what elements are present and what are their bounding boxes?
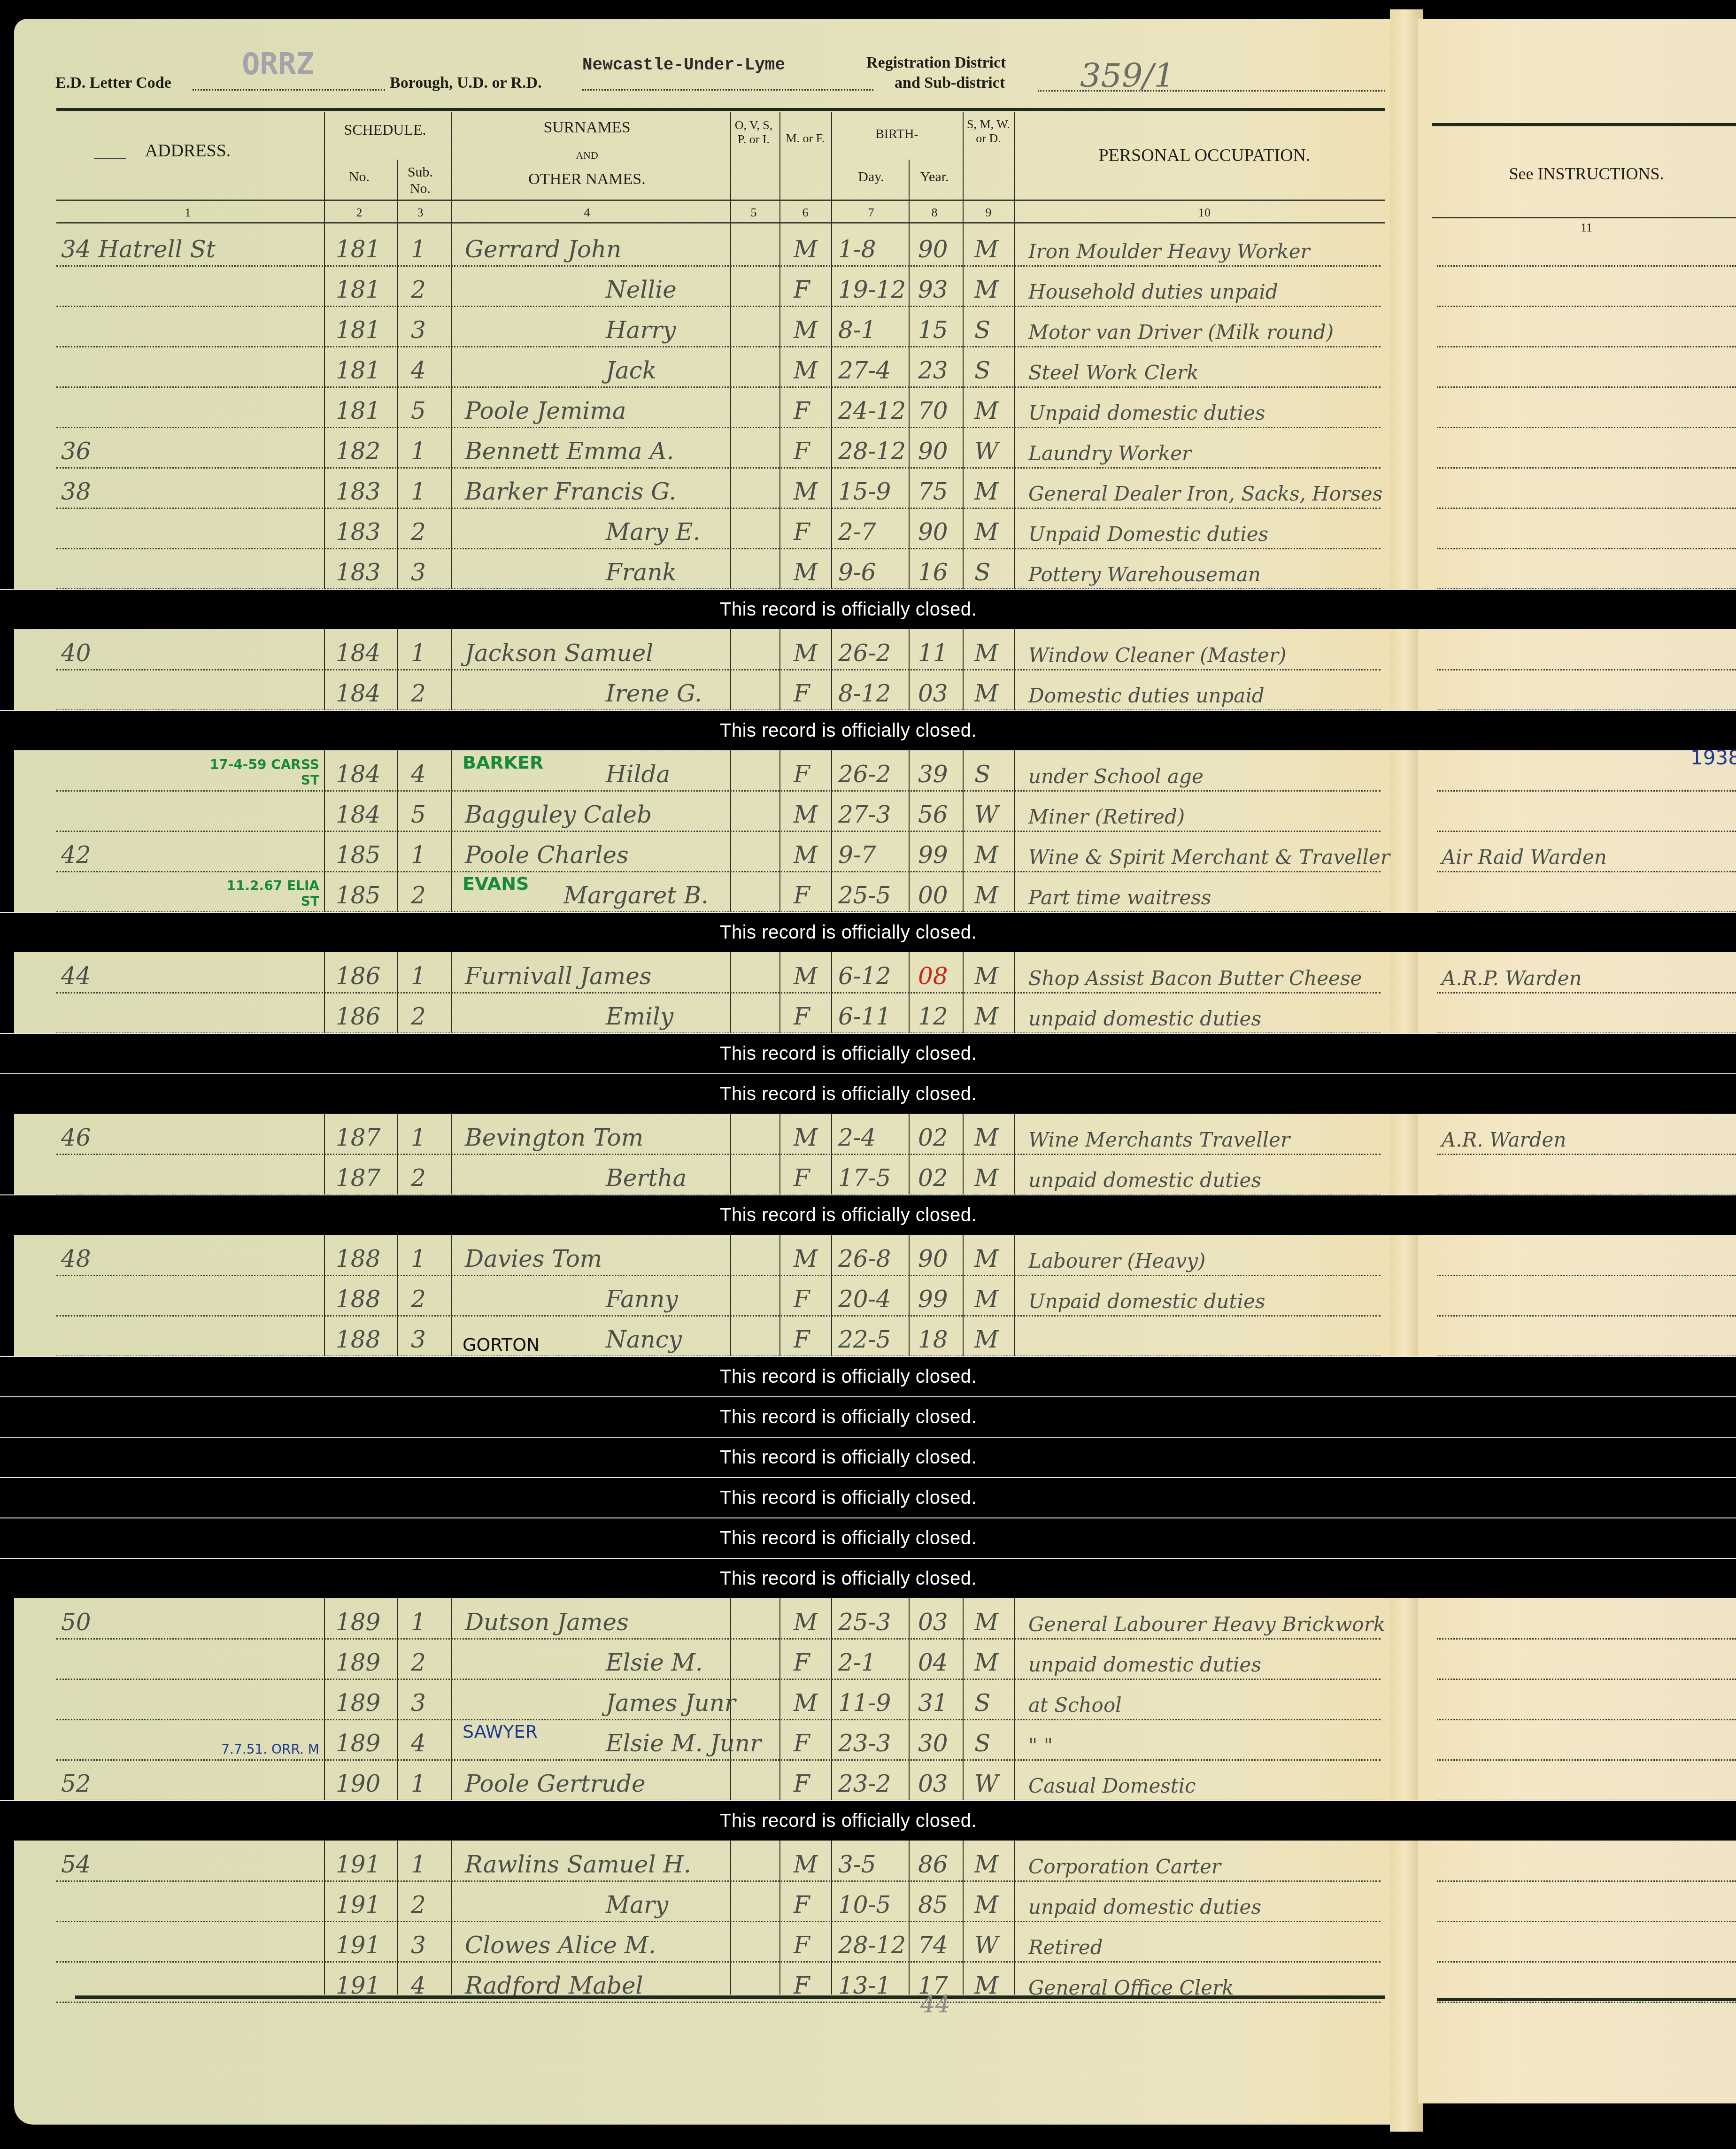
sub-number-cell: 1: [411, 478, 426, 505]
occupation-cell: Window Cleaner (Master): [1028, 644, 1286, 667]
marital-status-cell: M: [974, 1003, 998, 1030]
sex-cell: M: [794, 559, 818, 586]
marital-status-cell: M: [974, 518, 998, 546]
sex-cell: F: [794, 680, 810, 707]
sub-number-cell: 3: [411, 1326, 426, 1353]
record-row: 541911Rawlins Samuel H.M3-586MCorporatio…: [0, 1841, 1390, 1882]
col-num-9: 9: [965, 206, 1012, 220]
sub-number-cell: 2: [411, 1891, 426, 1918]
header-top-rule-right: [1432, 123, 1736, 126]
schedule-number-cell: 181: [336, 397, 380, 424]
sub-number-cell: 2: [411, 882, 426, 909]
closed-record-bar: This record is officially closed.: [0, 589, 1736, 629]
record-row: 521901Poole GertrudeF23-203WCasual Domes…: [0, 1760, 1390, 1801]
sub-number-cell: 5: [411, 801, 426, 828]
table-bottom-rule: [75, 1995, 1385, 1999]
name-cell: James Junr: [606, 1689, 736, 1717]
col-num-2: 2: [324, 206, 394, 220]
sub-number-cell: 2: [411, 518, 426, 546]
col-header-address: ADDRESS.: [56, 141, 319, 162]
schedule-number-cell: 183: [336, 559, 380, 586]
instructions-row: [1427, 347, 1736, 388]
sex-cell: F: [794, 1649, 810, 1676]
birth-day-cell: 6-11: [838, 1003, 891, 1030]
record-row: 381831Barker Francis G.M15-975MGeneral D…: [0, 468, 1390, 509]
record-row: 1894Elsie M. JunrF23-330S" "SAWYER7.7.51…: [0, 1719, 1390, 1761]
instructions-row: [1427, 1881, 1736, 1922]
birth-year-cell: 03: [918, 1770, 948, 1797]
sub-number-cell: 1: [411, 963, 426, 990]
col-num-1: 1: [56, 206, 319, 220]
schedule-number-cell: 191: [336, 1891, 380, 1918]
occupation-cell: Labourer (Heavy): [1028, 1249, 1205, 1272]
birth-day-cell: 26-8: [838, 1245, 891, 1272]
schedule-number-cell: 189: [336, 1649, 380, 1676]
name-cell: Jackson Samuel: [465, 639, 653, 667]
instructions-row: [1427, 427, 1736, 469]
instructions-cell: A.R.P. Warden: [1442, 967, 1582, 990]
birth-year-cell: 75: [918, 478, 948, 505]
header-top-rule: [56, 108, 1385, 111]
birth-day-cell: 1-8: [838, 236, 876, 263]
closed-record-notice: This record is officially closed.: [720, 1568, 977, 1589]
row-dotline: [1437, 2002, 1736, 2003]
sex-cell: M: [794, 1609, 818, 1636]
sex-cell: M: [794, 963, 818, 990]
occupation-cell: Household duties unpaid: [1028, 280, 1278, 303]
occupation-cell: Miner (Retired): [1028, 805, 1185, 828]
marital-status-cell: M: [974, 841, 998, 869]
birth-year-cell: 90: [918, 236, 948, 263]
schedule-number-cell: 187: [336, 1164, 380, 1192]
schedule-number-cell: 189: [336, 1609, 380, 1636]
marital-status-cell: W: [974, 438, 998, 465]
marital-status-cell: M: [974, 882, 998, 909]
sex-cell: M: [794, 639, 818, 667]
marital-status-cell: M: [974, 478, 998, 505]
birth-year-cell: 08: [918, 963, 948, 990]
address-cell: 34 Hatrell St: [61, 236, 216, 263]
col-header-and: AND: [451, 149, 723, 161]
occupation-cell: Casual Domestic: [1028, 1774, 1196, 1797]
name-annotation: GORTON: [463, 1334, 540, 1355]
marital-status-cell: S: [974, 559, 990, 586]
header-bottom-rule: [56, 222, 1385, 223]
birth-day-cell: 26-2: [838, 639, 891, 667]
occupation-cell: Unpaid domestic duties: [1028, 401, 1265, 424]
birth-year-cell: 23: [918, 357, 948, 384]
schedule-number-cell: 191: [336, 1851, 380, 1878]
col-header-other-names: OTHER NAMES.: [451, 170, 723, 188]
instructions-row: A.R.P. Warden: [1427, 952, 1736, 994]
page-note: 44: [920, 1991, 950, 2018]
header-mid-rule-right: [1432, 217, 1736, 218]
col-header-birth-day: Day.: [833, 169, 909, 185]
closed-record-notice: This record is officially closed.: [720, 1447, 977, 1468]
address-cell: 48: [61, 1245, 91, 1272]
sub-number-cell: 2: [411, 1003, 426, 1030]
name-cell: Poole Jemima: [465, 397, 626, 424]
sex-cell: M: [794, 1851, 818, 1878]
record-row: 441861Furnivall JamesM6-1208MShop Assist…: [0, 952, 1390, 994]
sub-number-cell: 1: [411, 236, 426, 263]
birth-year-cell: 11: [918, 639, 948, 667]
sex-cell: M: [794, 236, 818, 263]
instructions-row: [1427, 1275, 1736, 1317]
occupation-cell: Motor van Driver (Milk round): [1028, 321, 1334, 344]
closed-record-bar: This record is officially closed.: [0, 1396, 1736, 1437]
sex-cell: F: [794, 1891, 810, 1918]
instructions-row: [1427, 1235, 1736, 1276]
name-cell: Poole Charles: [465, 841, 629, 869]
sex-cell: F: [794, 276, 810, 303]
marital-status-cell: S: [974, 316, 990, 344]
birth-day-cell: 20-4: [838, 1286, 891, 1313]
sub-number-cell: 1: [411, 1245, 426, 1272]
schedule-number-cell: 190: [336, 1770, 380, 1797]
name-annotation: BARKER: [463, 752, 543, 773]
marital-status-cell: W: [974, 801, 998, 828]
marital-status-cell: W: [974, 1932, 998, 1959]
birth-day-cell: 22-5: [838, 1326, 891, 1353]
occupation-cell: Pottery Warehouseman: [1028, 563, 1261, 586]
instructions-row: [1427, 468, 1736, 509]
birth-year-cell: 02: [918, 1164, 948, 1192]
sex-cell: F: [794, 1164, 810, 1192]
birth-year-cell: 15: [918, 316, 948, 344]
sub-number-cell: 2: [411, 680, 426, 707]
occupation-cell: Steel Work Clerk: [1028, 361, 1199, 384]
record-row: 1912MaryF10-585Munpaid domestic duties: [0, 1881, 1390, 1922]
name-cell: Nellie: [606, 276, 677, 303]
sex-cell: F: [794, 1286, 810, 1313]
instructions-row: [1427, 1598, 1736, 1640]
occupation-cell: Part time waitress: [1028, 886, 1211, 909]
schedule-number-cell: 189: [336, 1730, 380, 1757]
occupation-cell: Unpaid domestic duties: [1028, 1290, 1265, 1313]
closed-record-notice: This record is officially closed.: [720, 1487, 977, 1509]
sex-cell: M: [794, 801, 818, 828]
marital-status-cell: M: [974, 236, 998, 263]
schedule-number-cell: 184: [336, 801, 380, 828]
birth-day-cell: 26-2: [838, 761, 891, 788]
ed-letter-code-stamp: ORRZ: [242, 47, 314, 82]
closed-record-notice: This record is officially closed.: [720, 1043, 977, 1064]
col-header-occupation: PERSONAL OCCUPATION.: [1024, 146, 1385, 166]
occupation-cell: General Labourer Heavy Brickwork: [1028, 1613, 1385, 1636]
marital-status-cell: M: [974, 1286, 998, 1313]
record-row: 1845Bagguley CalebM27-356WMiner (Retired…: [0, 791, 1390, 832]
schedule-number-cell: 185: [336, 882, 380, 909]
closed-record-bar: This record is officially closed.: [0, 912, 1736, 952]
birth-day-cell: 24-12: [838, 397, 906, 424]
closed-record-bar: This record is officially closed.: [0, 1033, 1736, 1073]
sex-cell: F: [794, 882, 810, 909]
record-row: 34 Hatrell St1811Gerrard JohnM1-890MIron…: [0, 225, 1390, 267]
sex-cell: F: [794, 1770, 810, 1797]
instructions-row: [1427, 508, 1736, 549]
record-row: 1832Mary E.F2-790MUnpaid Domestic duties: [0, 508, 1390, 549]
col-num-5: 5: [730, 206, 777, 220]
registration-district-label: Registration District: [866, 54, 1006, 72]
address-cell: 50: [61, 1609, 91, 1636]
closed-record-notice: This record is officially closed.: [720, 1205, 977, 1226]
sex-cell: F: [794, 438, 810, 465]
birth-year-cell: 16: [918, 559, 948, 586]
sub-number-cell: 1: [411, 1851, 426, 1878]
instructions-row: [1427, 1719, 1736, 1761]
sex-cell: M: [794, 478, 818, 505]
record-row: 1893James JunrM11-931Sat School: [0, 1679, 1390, 1720]
marital-status-cell: M: [974, 276, 998, 303]
sub-number-cell: 1: [411, 1609, 426, 1636]
col-header-birth: BIRTH-: [833, 127, 960, 142]
birth-day-cell: 8-1: [838, 316, 876, 344]
closed-record-bar: This record is officially closed.: [0, 1073, 1736, 1114]
birth-day-cell: 10-5: [838, 1891, 891, 1918]
sex-cell: M: [794, 1124, 818, 1151]
instructions-row: [1427, 1760, 1736, 1801]
closed-record-notice: This record is officially closed.: [720, 1407, 977, 1428]
name-cell: Dutson James: [465, 1609, 629, 1636]
birth-year-cell: 03: [918, 680, 948, 707]
name-cell: Gerrard John: [465, 236, 622, 263]
occupation-cell: unpaid domestic duties: [1028, 1169, 1261, 1192]
record-row: 1815Poole JemimaF24-1270MUnpaid domestic…: [0, 387, 1390, 428]
address-change-annotation: 7.7.51. ORR. M: [207, 1741, 319, 1757]
sex-cell: F: [794, 1932, 810, 1959]
birth-day-cell: 28-12: [838, 438, 906, 465]
col-header-schedule: SCHEDULE.: [324, 121, 446, 139]
instructions-row: 1938: [1427, 750, 1736, 792]
sex-cell: M: [794, 357, 818, 384]
record-row: 1812NellieF19-1293MHousehold duties unpa…: [0, 266, 1390, 307]
registration-value: 359/1: [1080, 56, 1175, 95]
birth-year-cell: 39: [918, 761, 948, 788]
closed-record-bar: This record is officially closed.: [0, 710, 1736, 750]
closed-record-bar: This record is officially closed.: [0, 1477, 1736, 1517]
birth-day-cell: 15-9: [838, 478, 891, 505]
col-header-surname: SURNAMES: [451, 118, 723, 137]
instructions-row: [1427, 1154, 1736, 1195]
name-cell: Barker Francis G.: [465, 478, 676, 505]
occupation-cell: under School age: [1028, 765, 1204, 788]
name-cell: Rawlins Samuel H.: [465, 1851, 691, 1878]
record-row: 1882FannyF20-499MUnpaid domestic duties: [0, 1275, 1390, 1317]
birth-year-cell: 03: [918, 1609, 948, 1636]
instructions-row: [1427, 306, 1736, 347]
borough-value: Newcastle-Under-Lyme: [582, 55, 785, 75]
record-row: 481881Davies TomM26-890MLabourer (Heavy): [0, 1235, 1390, 1276]
marital-status-cell: M: [974, 397, 998, 424]
birth-year-cell: 18: [918, 1326, 948, 1353]
schedule-number-cell: 181: [336, 316, 380, 344]
birth-day-cell: 25-3: [838, 1609, 891, 1636]
closed-record-bar: This record is officially closed.: [0, 1517, 1736, 1558]
instructions-row: [1427, 1962, 1736, 2003]
name-cell: Mary E.: [606, 518, 700, 546]
sub-number-cell: 2: [411, 1649, 426, 1676]
marital-status-cell: M: [974, 1124, 998, 1151]
name-annotation: SAWYER: [463, 1721, 538, 1742]
sub-number-cell: 4: [411, 357, 426, 384]
occupation-cell: Shop Assist Bacon Butter Cheese: [1028, 967, 1362, 990]
birth-year-cell: 90: [918, 438, 948, 465]
marital-status-cell: W: [974, 1770, 998, 1797]
name-cell: Margaret B.: [563, 882, 709, 909]
col-header-schedule-no: No.: [324, 169, 394, 185]
name-cell: Poole Gertrude: [465, 1770, 646, 1797]
birth-day-cell: 8-12: [838, 680, 891, 707]
birth-day-cell: 9-6: [838, 559, 876, 586]
closed-record-bar: This record is officially closed.: [0, 1356, 1736, 1396]
schedule-number-cell: 184: [336, 680, 380, 707]
closed-record-notice: This record is officially closed.: [720, 720, 977, 741]
table-bottom-rule-right: [1437, 1998, 1736, 2001]
birth-year-cell: 31: [918, 1689, 948, 1717]
sex-cell: M: [794, 841, 818, 869]
sub-number-cell: 3: [411, 1932, 426, 1959]
sub-number-cell: 2: [411, 276, 426, 303]
schedule-number-cell: 191: [336, 1932, 380, 1959]
record-row: 421851Poole CharlesM9-799MWine & Spirit …: [0, 831, 1390, 872]
marital-status-cell: S: [974, 1689, 990, 1717]
sex-cell: F: [794, 397, 810, 424]
record-row: 1883NancyF22-518MGORTON: [0, 1316, 1390, 1357]
birth-year-cell: 70: [918, 397, 948, 424]
birth-day-cell: 11-9: [838, 1689, 891, 1717]
ed-letter-code-label: E.D. Letter Code: [55, 74, 171, 92]
birth-day-cell: 19-12: [838, 276, 906, 303]
instructions-cell: Air Raid Warden: [1442, 846, 1607, 869]
birth-year-cell: 90: [918, 1245, 948, 1272]
record-row: 1913Clowes Alice M.F28-1274WRetired: [0, 1921, 1390, 1963]
col-header-sub-no: Sub. No.: [397, 164, 444, 197]
address-cell: 40: [61, 639, 91, 667]
birth-year-cell: 93: [918, 276, 948, 303]
record-row: 1862EmilyF6-1112Munpaid domestic duties: [0, 993, 1390, 1034]
occupation-cell: General Dealer Iron, Sacks, Horses: [1028, 482, 1382, 505]
instructions-row: [1427, 1841, 1736, 1882]
sex-cell: M: [794, 316, 818, 344]
borough-dotline: [582, 89, 873, 91]
schedule-number-cell: 187: [336, 1124, 380, 1151]
closed-record-notice: This record is officially closed.: [720, 1528, 977, 1549]
occupation-cell: Corporation Carter: [1028, 1855, 1221, 1878]
name-cell: Harry: [606, 316, 676, 344]
name-cell: Furnivall James: [465, 963, 651, 990]
birth-year-cell: 12: [918, 1003, 948, 1030]
col-header-marital: S, M, W. or D.: [965, 117, 1012, 146]
sub-number-cell: 5: [411, 397, 426, 424]
record-row: 1814JackM27-423SSteel Work Clerk: [0, 347, 1390, 388]
instructions-row: [1427, 791, 1736, 832]
record-row: 401841Jackson SamuelM26-211MWindow Clean…: [0, 629, 1390, 670]
name-cell: Elsie M.: [606, 1649, 703, 1676]
schedule-number-cell: 181: [336, 357, 380, 384]
sub-number-cell: 1: [411, 639, 426, 667]
address-change-annotation: 17-4-59 CARSS ST: [207, 757, 319, 788]
sex-cell: M: [794, 1689, 818, 1717]
name-cell: Bagguley Caleb: [465, 801, 652, 828]
sub-number-cell: 3: [411, 1689, 426, 1717]
schedule-number-cell: 185: [336, 841, 380, 869]
instructions-row: A.R. Warden: [1427, 1114, 1736, 1155]
closed-record-notice: This record is officially closed.: [720, 922, 977, 943]
birth-year-cell: 00: [918, 882, 948, 909]
address-cell: 36: [61, 438, 91, 465]
occupation-cell: Iron Moulder Heavy Worker: [1028, 240, 1310, 263]
name-cell: Mary: [606, 1891, 668, 1918]
instructions-row: [1427, 629, 1736, 670]
marital-status-cell: M: [974, 1164, 998, 1192]
schedule-number-cell: 184: [336, 639, 380, 667]
schedule-number-cell: 186: [336, 1003, 380, 1030]
closed-record-bar: This record is officially closed.: [0, 1194, 1736, 1235]
row-dotline: [56, 2002, 1381, 2003]
record-row: 361821Bennett Emma A.F28-1290WLaundry Wo…: [0, 427, 1390, 469]
record-row: 1813HarryM8-115SMotor van Driver (Milk r…: [0, 306, 1390, 347]
birth-year-cell: 86: [918, 1851, 948, 1878]
occupation-cell: Unpaid Domestic duties: [1028, 523, 1268, 546]
address-cell: 42: [61, 841, 91, 869]
instructions-row: [1427, 993, 1736, 1034]
birth-day-cell: 23-3: [838, 1730, 891, 1757]
closed-record-bar: This record is officially closed.: [0, 1437, 1736, 1477]
sub-number-cell: 1: [411, 841, 426, 869]
instructions-row: Air Raid Warden: [1427, 831, 1736, 872]
sub-number-cell: 4: [411, 761, 426, 788]
address-cell: 52: [61, 1770, 91, 1797]
record-row: 1833FrankM9-616SPottery Warehouseman: [0, 548, 1390, 590]
instructions-cell: A.R. Warden: [1442, 1128, 1566, 1151]
address-cell: 46: [61, 1124, 91, 1151]
birth-day-cell: 6-12: [838, 963, 891, 990]
schedule-number-cell: 189: [336, 1689, 380, 1717]
schedule-number-cell: 184: [336, 761, 380, 788]
sub-number-cell: 3: [411, 316, 426, 344]
closed-record-bar: This record is officially closed.: [0, 1558, 1736, 1598]
borough-label: Borough, U.D. or R.D.: [390, 74, 542, 92]
name-cell: Elsie M. Junr: [606, 1730, 761, 1757]
sex-cell: F: [794, 518, 810, 546]
col-header-sex: M. or F.: [782, 131, 829, 146]
name-cell: Bevington Tom: [465, 1124, 643, 1151]
instructions-row: [1427, 1639, 1736, 1680]
instructions-row: [1427, 387, 1736, 428]
marital-status-cell: M: [974, 1891, 998, 1918]
marital-status-cell: S: [974, 761, 990, 788]
marital-status-cell: M: [974, 1245, 998, 1272]
schedule-number-cell: 183: [336, 518, 380, 546]
closed-record-bar: This record is officially closed.: [0, 1800, 1736, 1841]
occupation-cell: Laundry Worker: [1028, 442, 1191, 465]
marital-status-cell: M: [974, 1851, 998, 1878]
header-mid-rule: [56, 200, 1385, 201]
birth-year-cell: 02: [918, 1124, 948, 1151]
ed-letter-code-dotline: [193, 89, 385, 91]
sub-number-cell: 3: [411, 559, 426, 586]
marital-status-cell: M: [974, 1649, 998, 1676]
occupation-cell: Domestic duties unpaid: [1028, 684, 1265, 707]
instructions-row: [1427, 670, 1736, 711]
occupation-cell: unpaid domestic duties: [1028, 1895, 1261, 1918]
instructions-row: [1427, 1921, 1736, 1963]
col-header-birth-year: Year.: [911, 169, 958, 185]
birth-day-cell: 2-7: [838, 518, 876, 546]
marital-status-cell: M: [974, 1609, 998, 1636]
name-cell: Bertha: [606, 1164, 687, 1192]
